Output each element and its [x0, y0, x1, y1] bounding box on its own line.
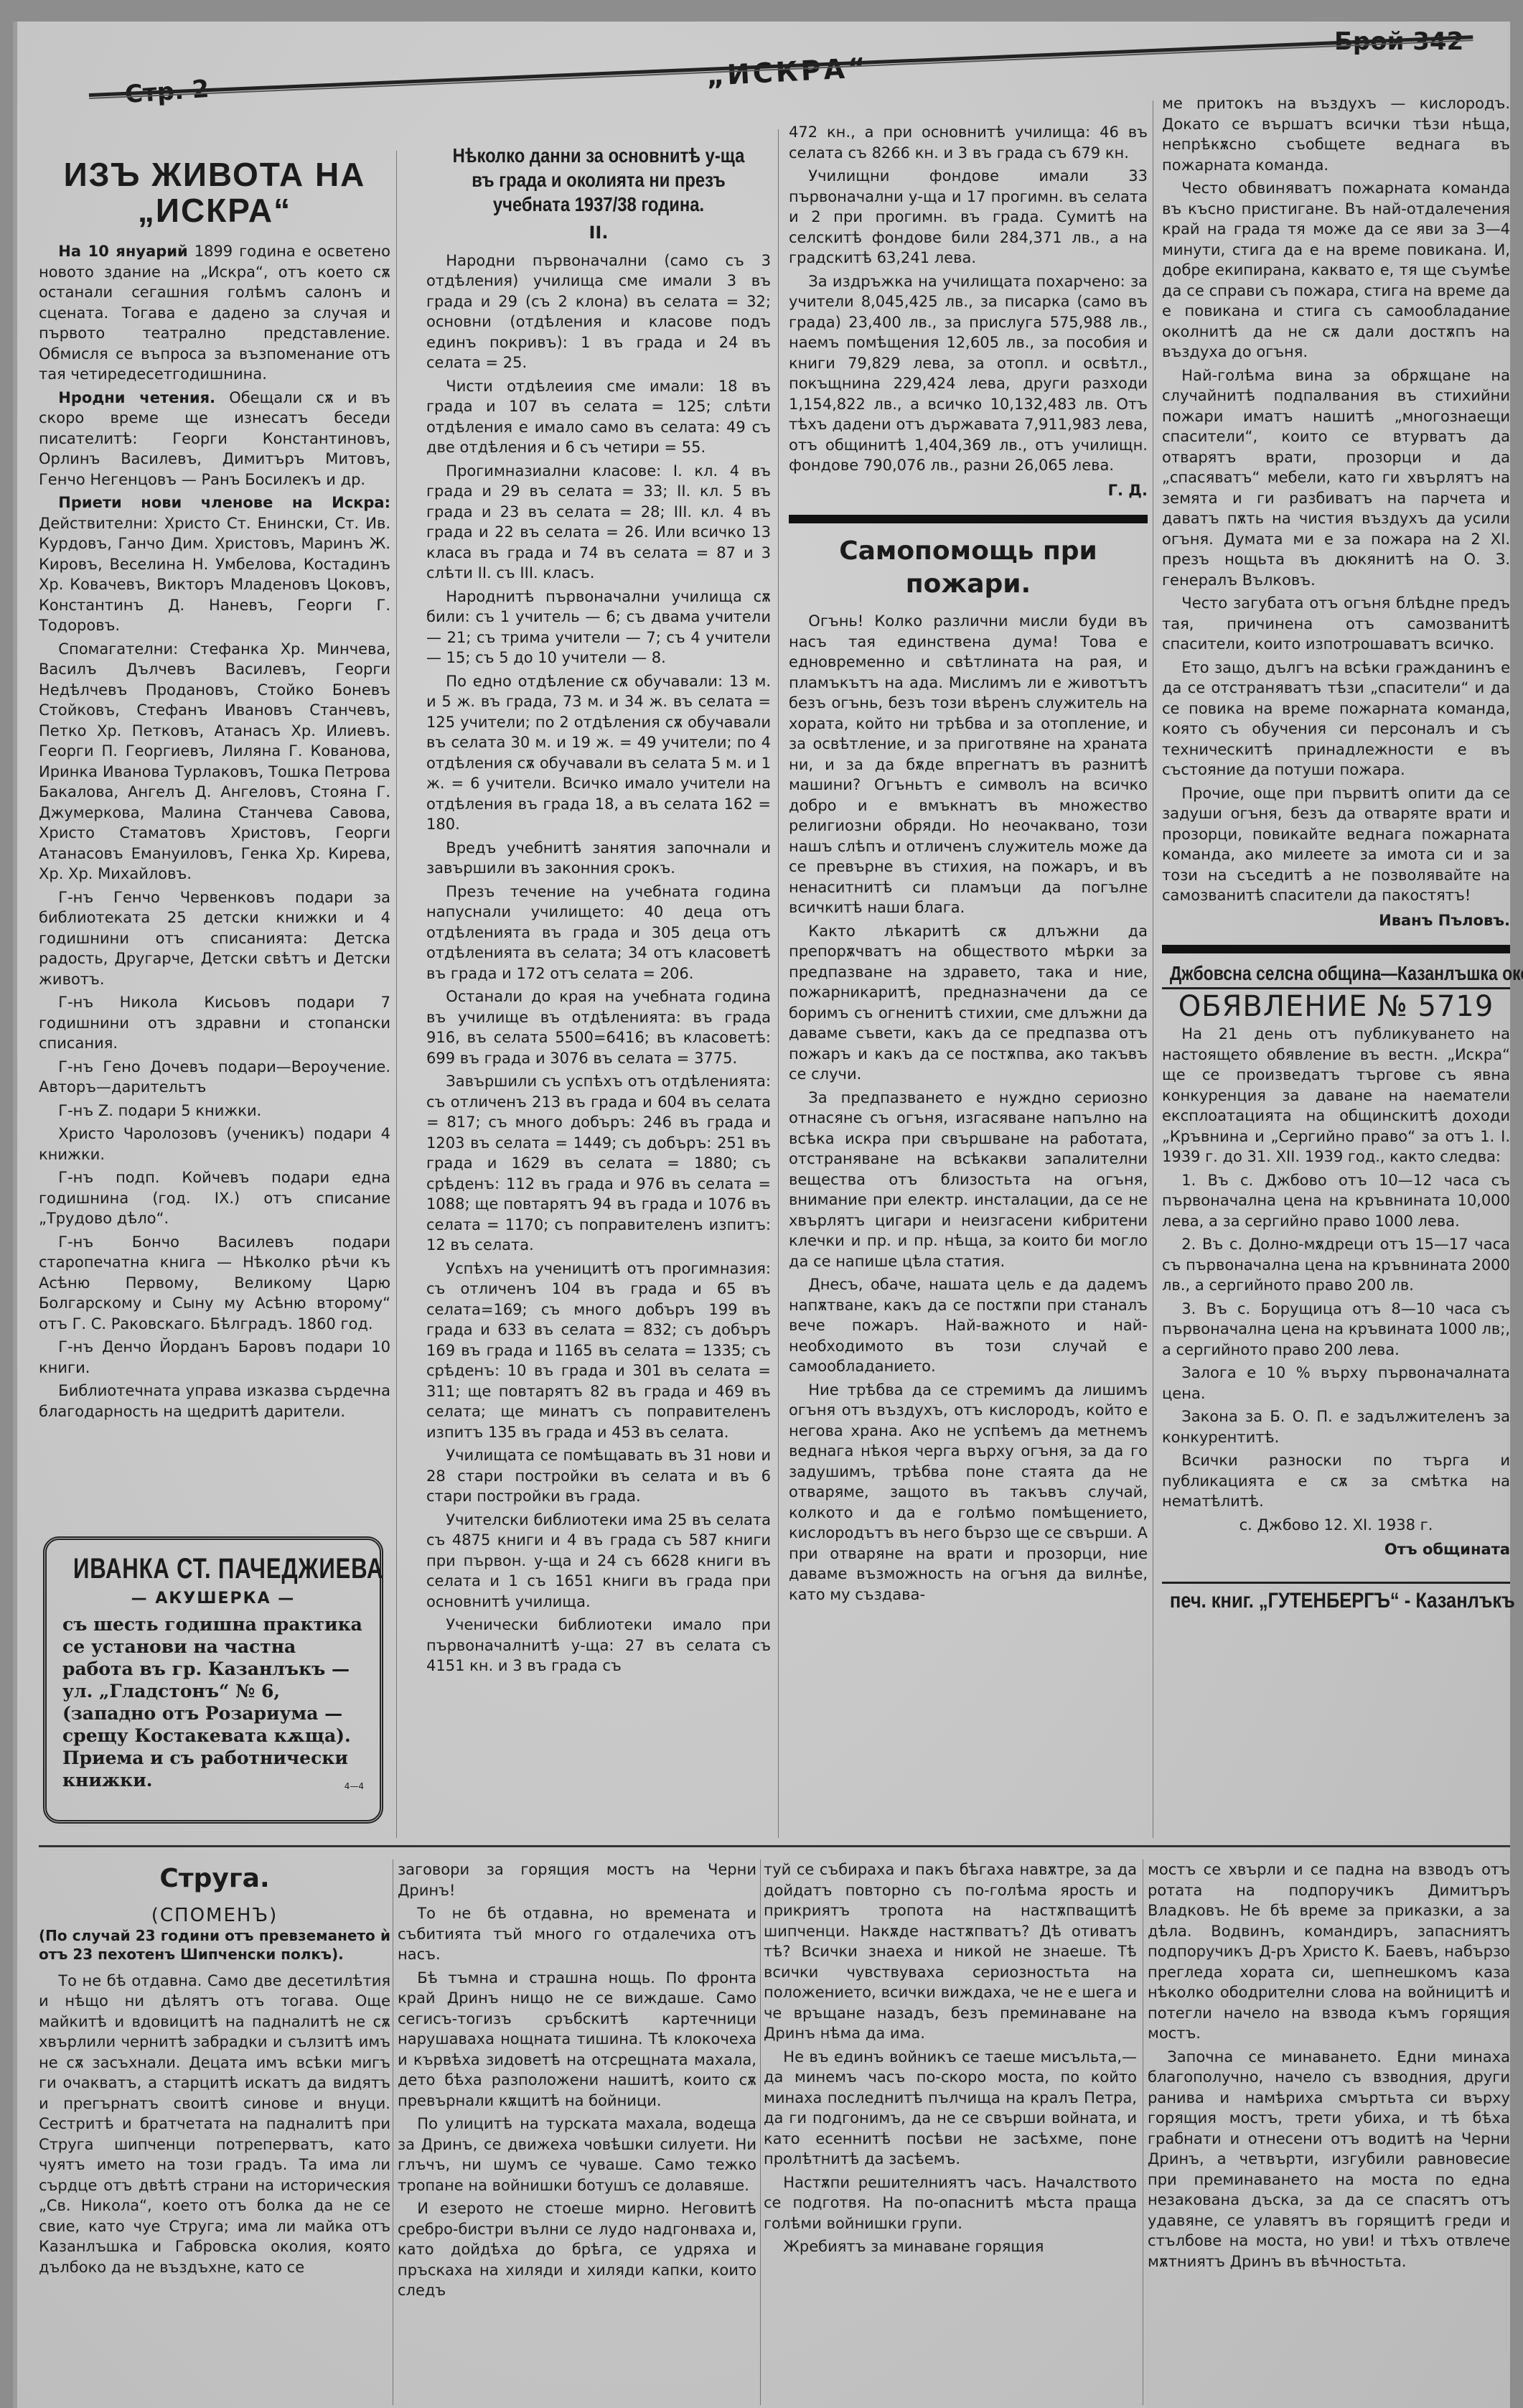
- paragraph: Г-нъ подп. Койчевъ подари една годишнина…: [39, 1167, 390, 1229]
- ad-body: съ шесть годишна практика се установи на…: [62, 1613, 364, 1747]
- paragraph: Презъ течение на учебната година напусна…: [426, 882, 771, 984]
- section-rule: [789, 515, 1148, 523]
- notice-title: ОБЯВЛЕНИЕ № 5719: [1162, 997, 1510, 1017]
- notice-rule: [1162, 987, 1510, 989]
- paragraph: Прочие, още при първитѣ опити да се заду…: [1162, 783, 1510, 906]
- paragraph: То не бѣ отдавна, но времената и събития…: [398, 1903, 756, 1965]
- paragraph: Закона за Б. О. П. е задължителенъ за ко…: [1162, 1406, 1510, 1447]
- column-school-data: Нѣколко данни за основнитѣ у-ща въ града…: [426, 144, 771, 1679]
- paragraph: Библиотечната управа изказва сърдечна бл…: [39, 1381, 390, 1422]
- printer-rule: [1162, 1582, 1510, 1584]
- paragraph: Най-голѣма вина за обрѫщане на случайнит…: [1162, 365, 1510, 591]
- paragraph: Народнитѣ първоначални училища сѫ били: …: [426, 587, 771, 668]
- column-fire-continued-and-notice: ме притокъ на въздухъ — кислородъ. Докат…: [1162, 93, 1510, 1611]
- paragraph: 3. Въ с. Борущица отъ 8—10 часа съ първо…: [1162, 1299, 1510, 1361]
- masthead-rule: [89, 35, 1473, 99]
- paragraph: 1. Въ с. Джбово отъ 10—12 часа съ първон…: [1162, 1170, 1510, 1232]
- paragraph: По едно отдѣление сѫ обучавали: 13 м. и …: [426, 671, 771, 835]
- paragraph: Залога е 10 % върху първоначалната цена.: [1162, 1363, 1510, 1404]
- paragraph: туй се събираха и пакъ бѣгаха навѫтре, з…: [764, 1859, 1137, 2044]
- paragraph: Г-нъ Денчо Йорданъ Баровъ подари 10 книг…: [39, 1337, 390, 1378]
- ad-role: — АКУШЕРКА —: [62, 1590, 364, 1607]
- paragraph: ме притокъ на въздухъ — кислородъ. Докат…: [1162, 93, 1510, 175]
- paragraph: Училищата се помѣщавать въ 31 нови и 28 …: [426, 1445, 771, 1507]
- paragraph: За издръжка на училищата похарчено: за у…: [789, 271, 1148, 476]
- column-divider: [760, 1859, 761, 2405]
- paragraph: За предпазването е нуждно сериозно отнас…: [789, 1088, 1148, 1272]
- paragraph: Г-нъ Никола Кисьовъ подари 7 годишнини о…: [39, 992, 390, 1054]
- struga-column-2: заговори за горящия мостъ на Черни Дринъ…: [398, 1859, 756, 2304]
- notice-issuer: Джбовсна селсна община—Казанлъшка околия: [1170, 963, 1502, 984]
- paragraph: Всички разноски по търга и публикацията …: [1162, 1450, 1510, 1512]
- struga-column-4: мостъ се хвърли и се падна на взводъ отъ…: [1148, 1859, 1510, 2274]
- column-divider: [778, 129, 779, 1838]
- paragraph: На 21 день отъ публикуването на настояще…: [1162, 1024, 1510, 1167]
- notice-place-date: с. Джбово 12. XI. 1938 г.: [1162, 1515, 1510, 1536]
- paragraph: Приети нови членове на Искра: Действител…: [39, 493, 390, 636]
- paragraph: 2. Въ с. Долно-мѫдреци отъ 15—17 часа съ…: [1162, 1234, 1510, 1296]
- paragraph: Ученически библиотеки имало при първонач…: [426, 1615, 771, 1676]
- paragraph: И езерото не стоеше мирно. Неговитѣ среб…: [398, 2198, 756, 2301]
- paragraph: Вредъ учебнитѣ занятия започнали и завър…: [426, 838, 771, 879]
- paragraph: заговори за горящия мостъ на Черни Дринъ…: [398, 1859, 756, 1900]
- paragraph: Г-нъ Z. подари 5 книжки.: [39, 1101, 390, 1121]
- paragraph: Настѫпи решителниятъ часъ. Началството с…: [764, 2173, 1137, 2234]
- signature: Г. Д.: [789, 480, 1148, 501]
- struga-column-1: Струга. (СПОМЕНЪ) (По случай 23 години о…: [39, 1859, 390, 2280]
- paragraph: Ние трѣбва да се стремимъ да лишимъ огън…: [789, 1380, 1148, 1605]
- section-rule: [1162, 945, 1510, 953]
- article-title: Самопомощь при пожари.: [789, 535, 1148, 601]
- ad-name: ИВАНКА СТ. ПАЧЕДЖИЕВА: [73, 1553, 353, 1585]
- paragraph: Г-нъ Гено Дочевъ подари—Вероучение. Авто…: [39, 1057, 390, 1098]
- paragraph: Нродни четения. Обещали сѫ и въ скоро вр…: [39, 388, 390, 490]
- paragraph: Бѣ тъмна и страшна нощь. По фронта край …: [398, 1968, 756, 2111]
- struga-column-3: туй се събираха и пакъ бѣгаха навѫтре, з…: [764, 1859, 1137, 2260]
- paragraph: Огънь! Колко различни мисли буди въ насъ…: [789, 611, 1148, 918]
- column-divider: [393, 1859, 393, 2405]
- paragraph: Прогимназиални класове: I. кл. 4 въ град…: [426, 461, 771, 584]
- notice-signature: Отъ общината: [1162, 1539, 1510, 1560]
- article-subtitle: (СПОМЕНЪ): [39, 1905, 390, 1926]
- paragraph: Останали до края на учебната година въ у…: [426, 986, 771, 1068]
- paragraph: Училищни фондове имали 33 първоначални у…: [789, 166, 1148, 269]
- paragraph: мостъ се хвърли и се падна на взводъ отъ…: [1148, 1859, 1510, 2044]
- paragraph: Както лѣкаритѣ сѫ длъжни да препорѫчватъ…: [789, 921, 1148, 1085]
- column-divider: [396, 151, 397, 1838]
- midwife-advertisement: ИВАНКА СТ. ПАЧЕДЖИЕВА — АКУШЕРКА — съ ше…: [43, 1536, 383, 1824]
- paragraph: 472 кн., а при основнитѣ училища: 46 въ …: [789, 122, 1148, 163]
- printer-credit: печ. книг. „ГУТЕНБЕРГЪ“ - Казанлъкъ: [1170, 1591, 1502, 1612]
- paragraph: Чисти отдѣлеиия сме имали: 18 въ града и…: [426, 376, 771, 458]
- paragraph: На 10 януарий 1899 година е осветено нов…: [39, 241, 390, 385]
- section-number: II.: [426, 223, 771, 243]
- article-title: Нѣколко данни за основнитѣ у-ща въ града…: [452, 144, 745, 217]
- article-title: Струга.: [39, 1862, 390, 1895]
- paragraph: Жребиятъ за минаване горящия: [764, 2236, 1137, 2257]
- paragraph: Днесъ, обаче, нашата цель е да дадемъ на…: [789, 1274, 1148, 1377]
- horizontal-section-divider: [39, 1845, 1510, 1847]
- paragraph: Често загубата отъ огъня блѣдне предъ та…: [1162, 593, 1510, 655]
- paragraph: Спомагателни: Стефанка Хр. Минчева, Васи…: [39, 639, 390, 885]
- paragraph: То не бѣ отдавна. Само две десетилѣтия и…: [39, 1971, 390, 2278]
- column-school-continued-and-fire: 472 кн., а при основнитѣ училища: 46 въ …: [789, 122, 1148, 1607]
- signature: Иванъ Пъловъ.: [1162, 910, 1510, 931]
- paragraph: Учителски библиотеки има 25 въ селата съ…: [426, 1510, 771, 1613]
- paragraph: Г-нъ Бончо Василевъ подари старопечатна …: [39, 1232, 390, 1335]
- newspaper-page: Стр. 2 „ИСКРА“ Брой 342 ИЗЪ ЖИВОТА НА „И…: [13, 22, 1510, 2408]
- column-divider: [1143, 1859, 1143, 2405]
- paragraph: Завършили съ успѣхъ отъ отдѣленията: съ …: [426, 1071, 771, 1256]
- paragraph: Започна се минаването. Едни минаха благо…: [1148, 2047, 1510, 2272]
- paragraph: Ето защо, дългъ на всѣки гражданинъ е да…: [1162, 658, 1510, 780]
- paragraph: Успѣхъ на ученицитѣ отъ прогимназия: съ …: [426, 1259, 771, 1443]
- paragraph: Не въ единъ войникъ се таеше мисъльта,—д…: [764, 2047, 1137, 2170]
- article-title: ИЗЪ ЖИВОТА НА „ИСКРА“: [39, 157, 390, 228]
- article-dedication: (По случай 23 години отъ превземането ѝ …: [39, 1926, 390, 1964]
- paragraph: Често обвиняватъ пожарната команда въ къ…: [1162, 178, 1510, 363]
- column-divider: [1153, 101, 1153, 1838]
- paragraph: Г-нъ Генчо Червенковъ подари за библиоте…: [39, 887, 390, 990]
- paragraph: Народни първоначални (само съ 3 отдѣлени…: [426, 251, 771, 373]
- column-life-of-iskra: ИЗЪ ЖИВОТА НА „ИСКРА“ На 10 януарий 1899…: [39, 151, 390, 1424]
- paragraph: Христо Чаролозовъ (ученикъ) подари 4 кни…: [39, 1124, 390, 1165]
- paragraph: По улицитѣ на турската махала, водеща за…: [398, 2114, 756, 2195]
